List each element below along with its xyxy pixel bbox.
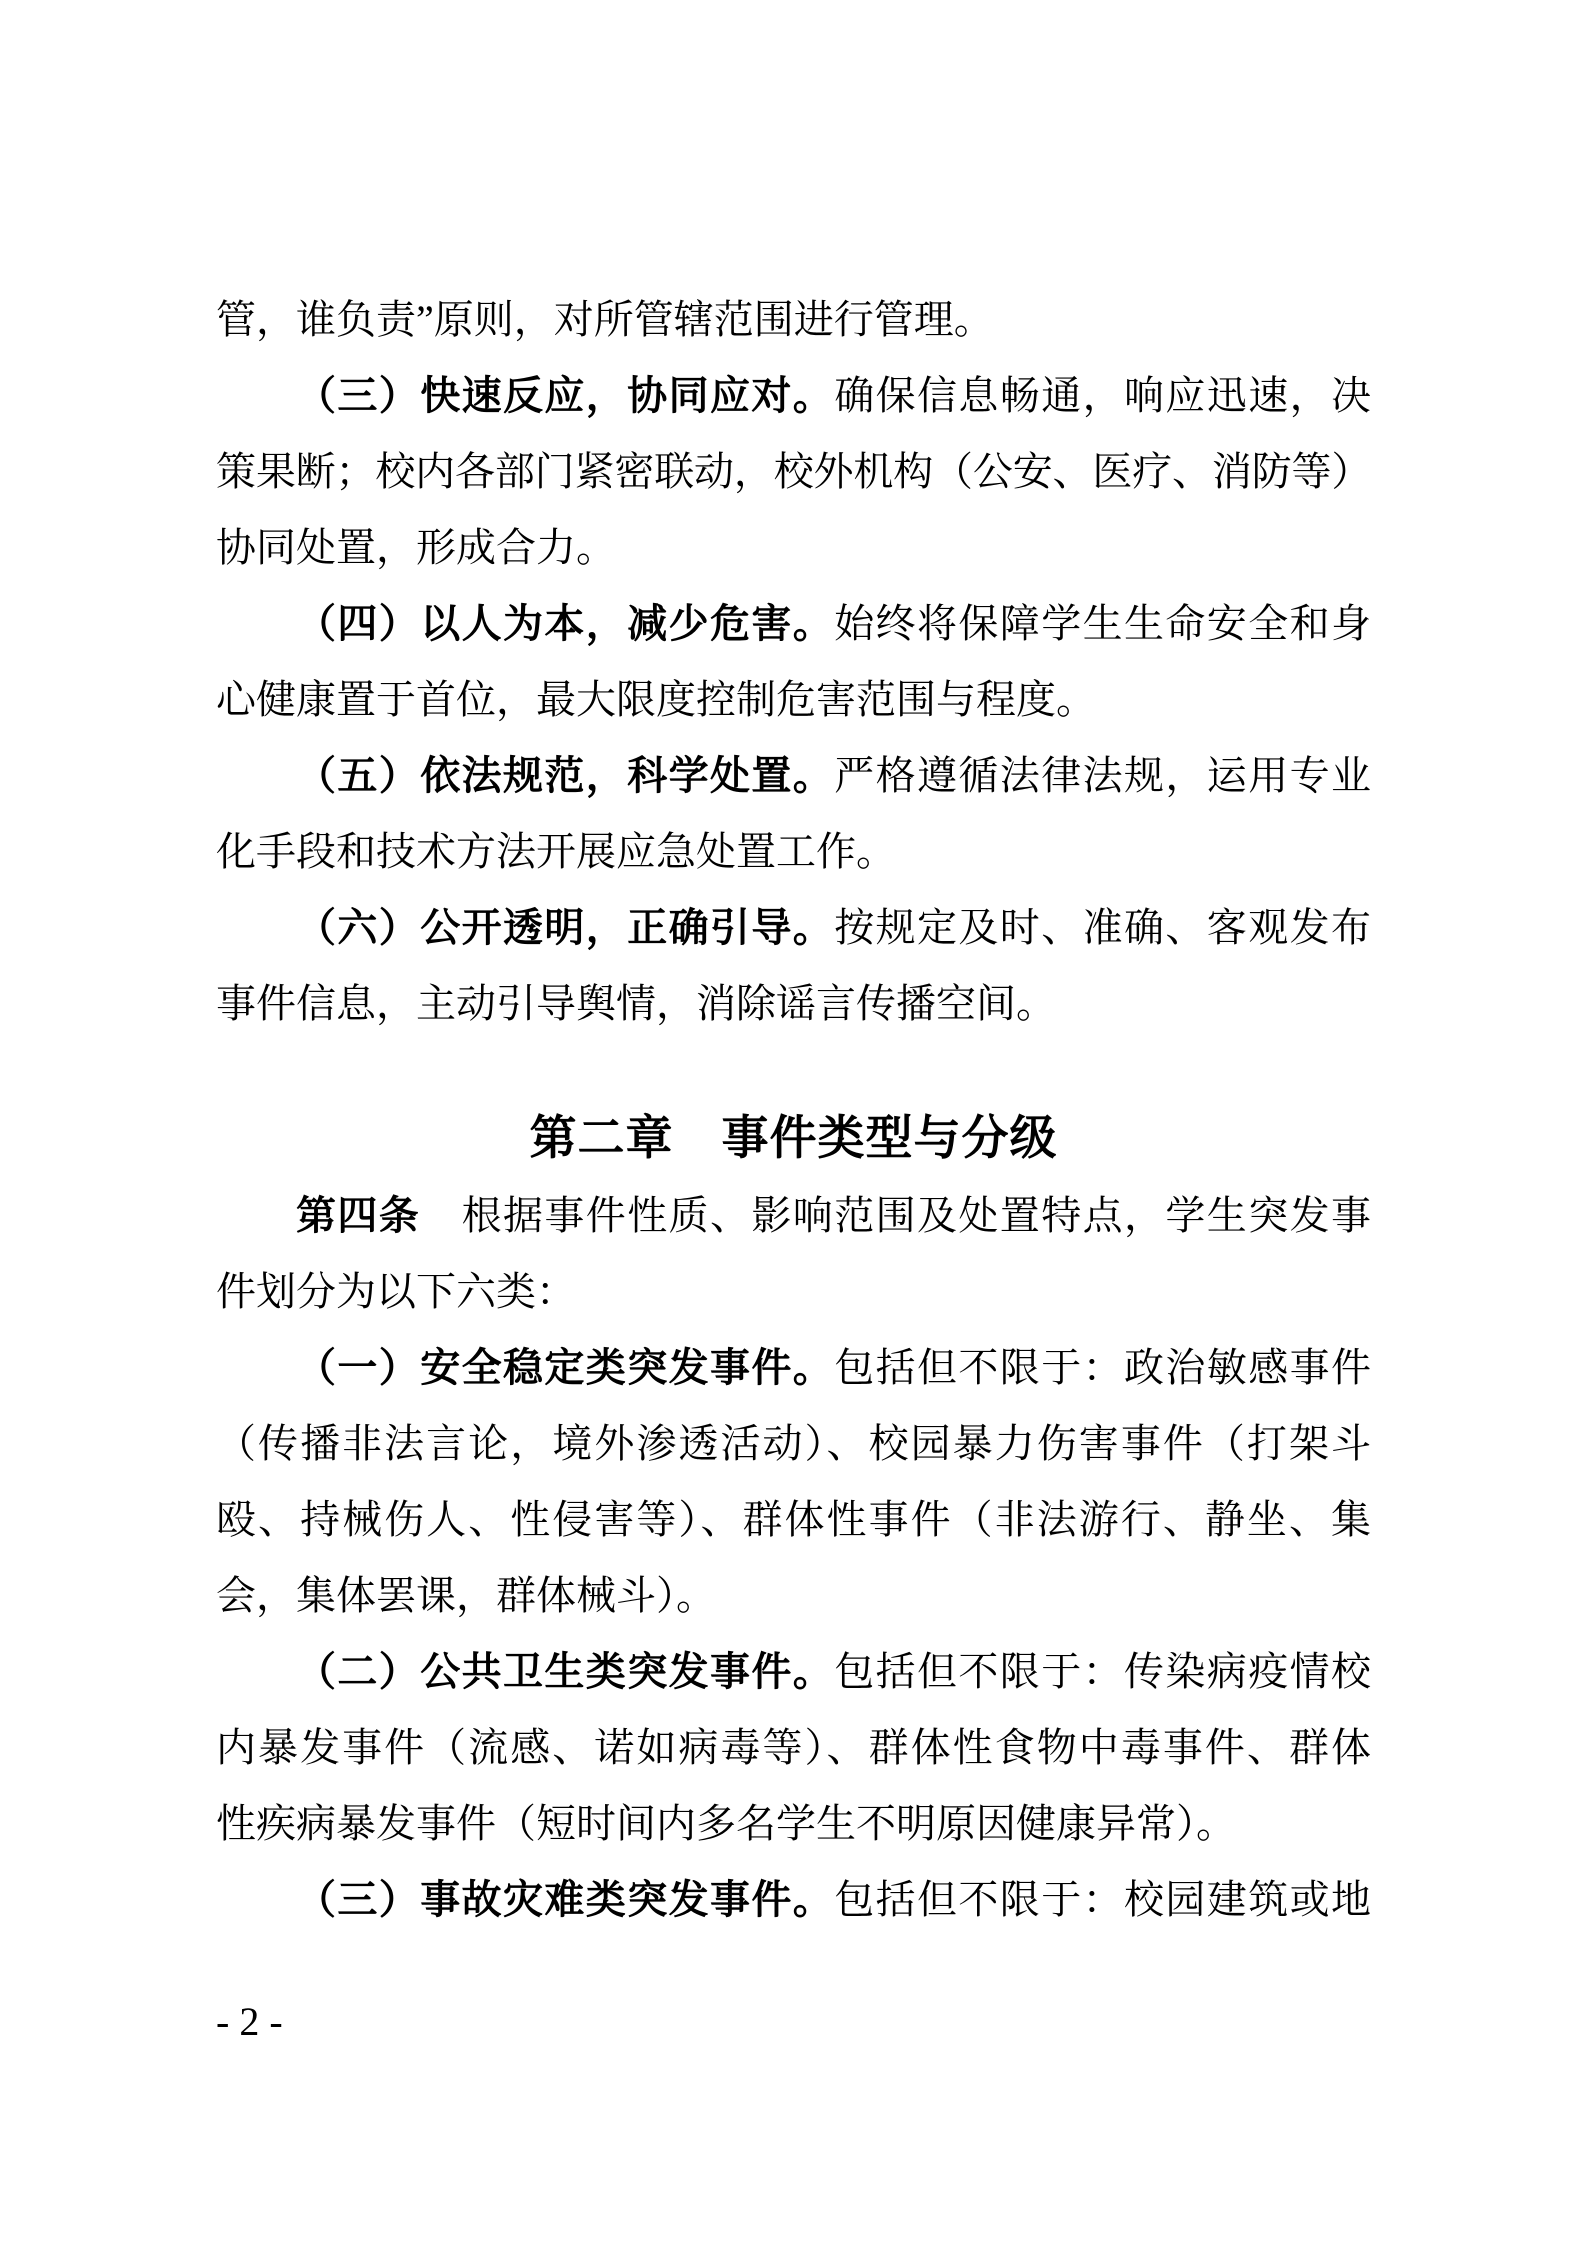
text-line: 殴、持械伤人、性侵害等）、群体性事件（非法游行、静坐、集 xyxy=(216,1482,1371,1558)
text-segment: 化手段和技术方法开展应急处置工作。 xyxy=(216,829,896,874)
text-segment: 根据事件性质、影响范围及处置特点，学生突发事 xyxy=(420,1193,1371,1238)
text-line: 会，集体罢课，群体械斗）。 xyxy=(216,1558,1371,1634)
text-segment: 包括但不限于：传染病疫情校 xyxy=(834,1649,1371,1694)
text-line: （三）快速反应，协同应对。确保信息畅通，响应迅速，决 xyxy=(216,358,1371,434)
text-segment: 会，集体罢课，群体械斗）。 xyxy=(216,1573,716,1618)
text-segment: 件划分为以下六类： xyxy=(216,1269,576,1314)
text-line: （二）公共卫生类突发事件。包括但不限于：传染病疫情校 xyxy=(216,1634,1371,1710)
text-segment: 协同处置，形成合力。 xyxy=(216,525,616,570)
text-line: 事件信息，主动引导舆情，消除谣言传播空间。 xyxy=(216,966,1371,1042)
text-segment: 始终将保障学生生命安全和身 xyxy=(834,601,1371,646)
text-line: （传播非法言论，境外渗透活动）、校园暴力伤害事件（打架斗 xyxy=(216,1406,1371,1482)
text-line: 心健康置于首位，最大限度控制危害范围与程度。 xyxy=(216,662,1371,738)
text-segment: （三）快速反应，协同应对。 xyxy=(296,373,834,418)
text-line: 策果断；校内各部门紧密联动，校外机构（公安、医疗、消防等） xyxy=(216,434,1371,510)
text-line: 管，谁负责”原则，对所管辖范围进行管理。 xyxy=(216,282,1371,358)
text-segment: 包括但不限于：校园建筑或地 xyxy=(834,1877,1371,1922)
text-segment: （传播非法言论，境外渗透活动）、校园暴力伤害事件（打架斗 xyxy=(216,1421,1371,1466)
text-line: （三）事故灾难类突发事件。包括但不限于：校园建筑或地 xyxy=(216,1862,1371,1938)
text-segment: 心健康置于首位，最大限度控制危害范围与程度。 xyxy=(216,677,1096,722)
text-segment: 策果断；校内各部门紧密联动，校外机构（公安、医疗、消防等） xyxy=(216,449,1371,494)
text-segment: 确保信息畅通，响应迅速，决 xyxy=(834,373,1371,418)
text-segment: 管，谁负责”原则，对所管辖范围进行管理。 xyxy=(216,297,994,342)
text-line: 化手段和技术方法开展应急处置工作。 xyxy=(216,814,1371,890)
chapter-heading: 第二章 事件类型与分级 xyxy=(216,1098,1371,1178)
page-number: - 2 - xyxy=(216,2000,283,2044)
text-segment: （二）公共卫生类突发事件。 xyxy=(296,1649,834,1694)
text-block-after-heading: 第四条 根据事件性质、影响范围及处置特点，学生突发事件划分为以下六类：（一）安全… xyxy=(216,1178,1371,1938)
text-segment: 内暴发事件（流感、诺如病毒等）、群体性食物中毒事件、群体 xyxy=(216,1725,1371,1770)
text-line: （六）公开透明，正确引导。按规定及时、准确、客观发布 xyxy=(216,890,1371,966)
text-segment: 事件信息，主动引导舆情，消除谣言传播空间。 xyxy=(216,981,1056,1026)
text-segment: （三）事故灾难类突发事件。 xyxy=(296,1877,834,1922)
text-segment: （六）公开透明，正确引导。 xyxy=(296,905,834,950)
text-segment: 包括但不限于：政治敏感事件 xyxy=(834,1345,1371,1390)
text-segment: 按规定及时、准确、客观发布 xyxy=(834,905,1371,950)
text-line: 件划分为以下六类： xyxy=(216,1254,1371,1330)
text-segment: 性疾病暴发事件（短时间内多名学生不明原因健康异常）。 xyxy=(216,1801,1236,1846)
text-segment: （四）以人为本，减少危害。 xyxy=(296,601,834,646)
text-line: （一）安全稳定类突发事件。包括但不限于：政治敏感事件 xyxy=(216,1330,1371,1406)
text-line: 第四条 根据事件性质、影响范围及处置特点，学生突发事 xyxy=(216,1178,1371,1254)
text-segment: 第四条 xyxy=(296,1193,420,1238)
text-segment: （一）安全稳定类突发事件。 xyxy=(296,1345,834,1390)
text-segment: （五）依法规范，科学处置。 xyxy=(296,753,834,798)
text-line: （五）依法规范，科学处置。严格遵循法律法规，运用专业 xyxy=(216,738,1371,814)
text-segment: 严格遵循法律法规，运用专业 xyxy=(834,753,1371,798)
document-page: 管，谁负责”原则，对所管辖范围进行管理。（三）快速反应，协同应对。确保信息畅通，… xyxy=(0,0,1587,2245)
text-line: 内暴发事件（流感、诺如病毒等）、群体性食物中毒事件、群体 xyxy=(216,1710,1371,1786)
text-line: （四）以人为本，减少危害。始终将保障学生生命安全和身 xyxy=(216,586,1371,662)
document-body: 管，谁负责”原则，对所管辖范围进行管理。（三）快速反应，协同应对。确保信息畅通，… xyxy=(216,282,1371,1938)
text-line: 协同处置，形成合力。 xyxy=(216,510,1371,586)
text-line: 性疾病暴发事件（短时间内多名学生不明原因健康异常）。 xyxy=(216,1786,1371,1862)
text-segment: 殴、持械伤人、性侵害等）、群体性事件（非法游行、静坐、集 xyxy=(216,1497,1371,1542)
text-block-before-heading: 管，谁负责”原则，对所管辖范围进行管理。（三）快速反应，协同应对。确保信息畅通，… xyxy=(216,282,1371,1042)
